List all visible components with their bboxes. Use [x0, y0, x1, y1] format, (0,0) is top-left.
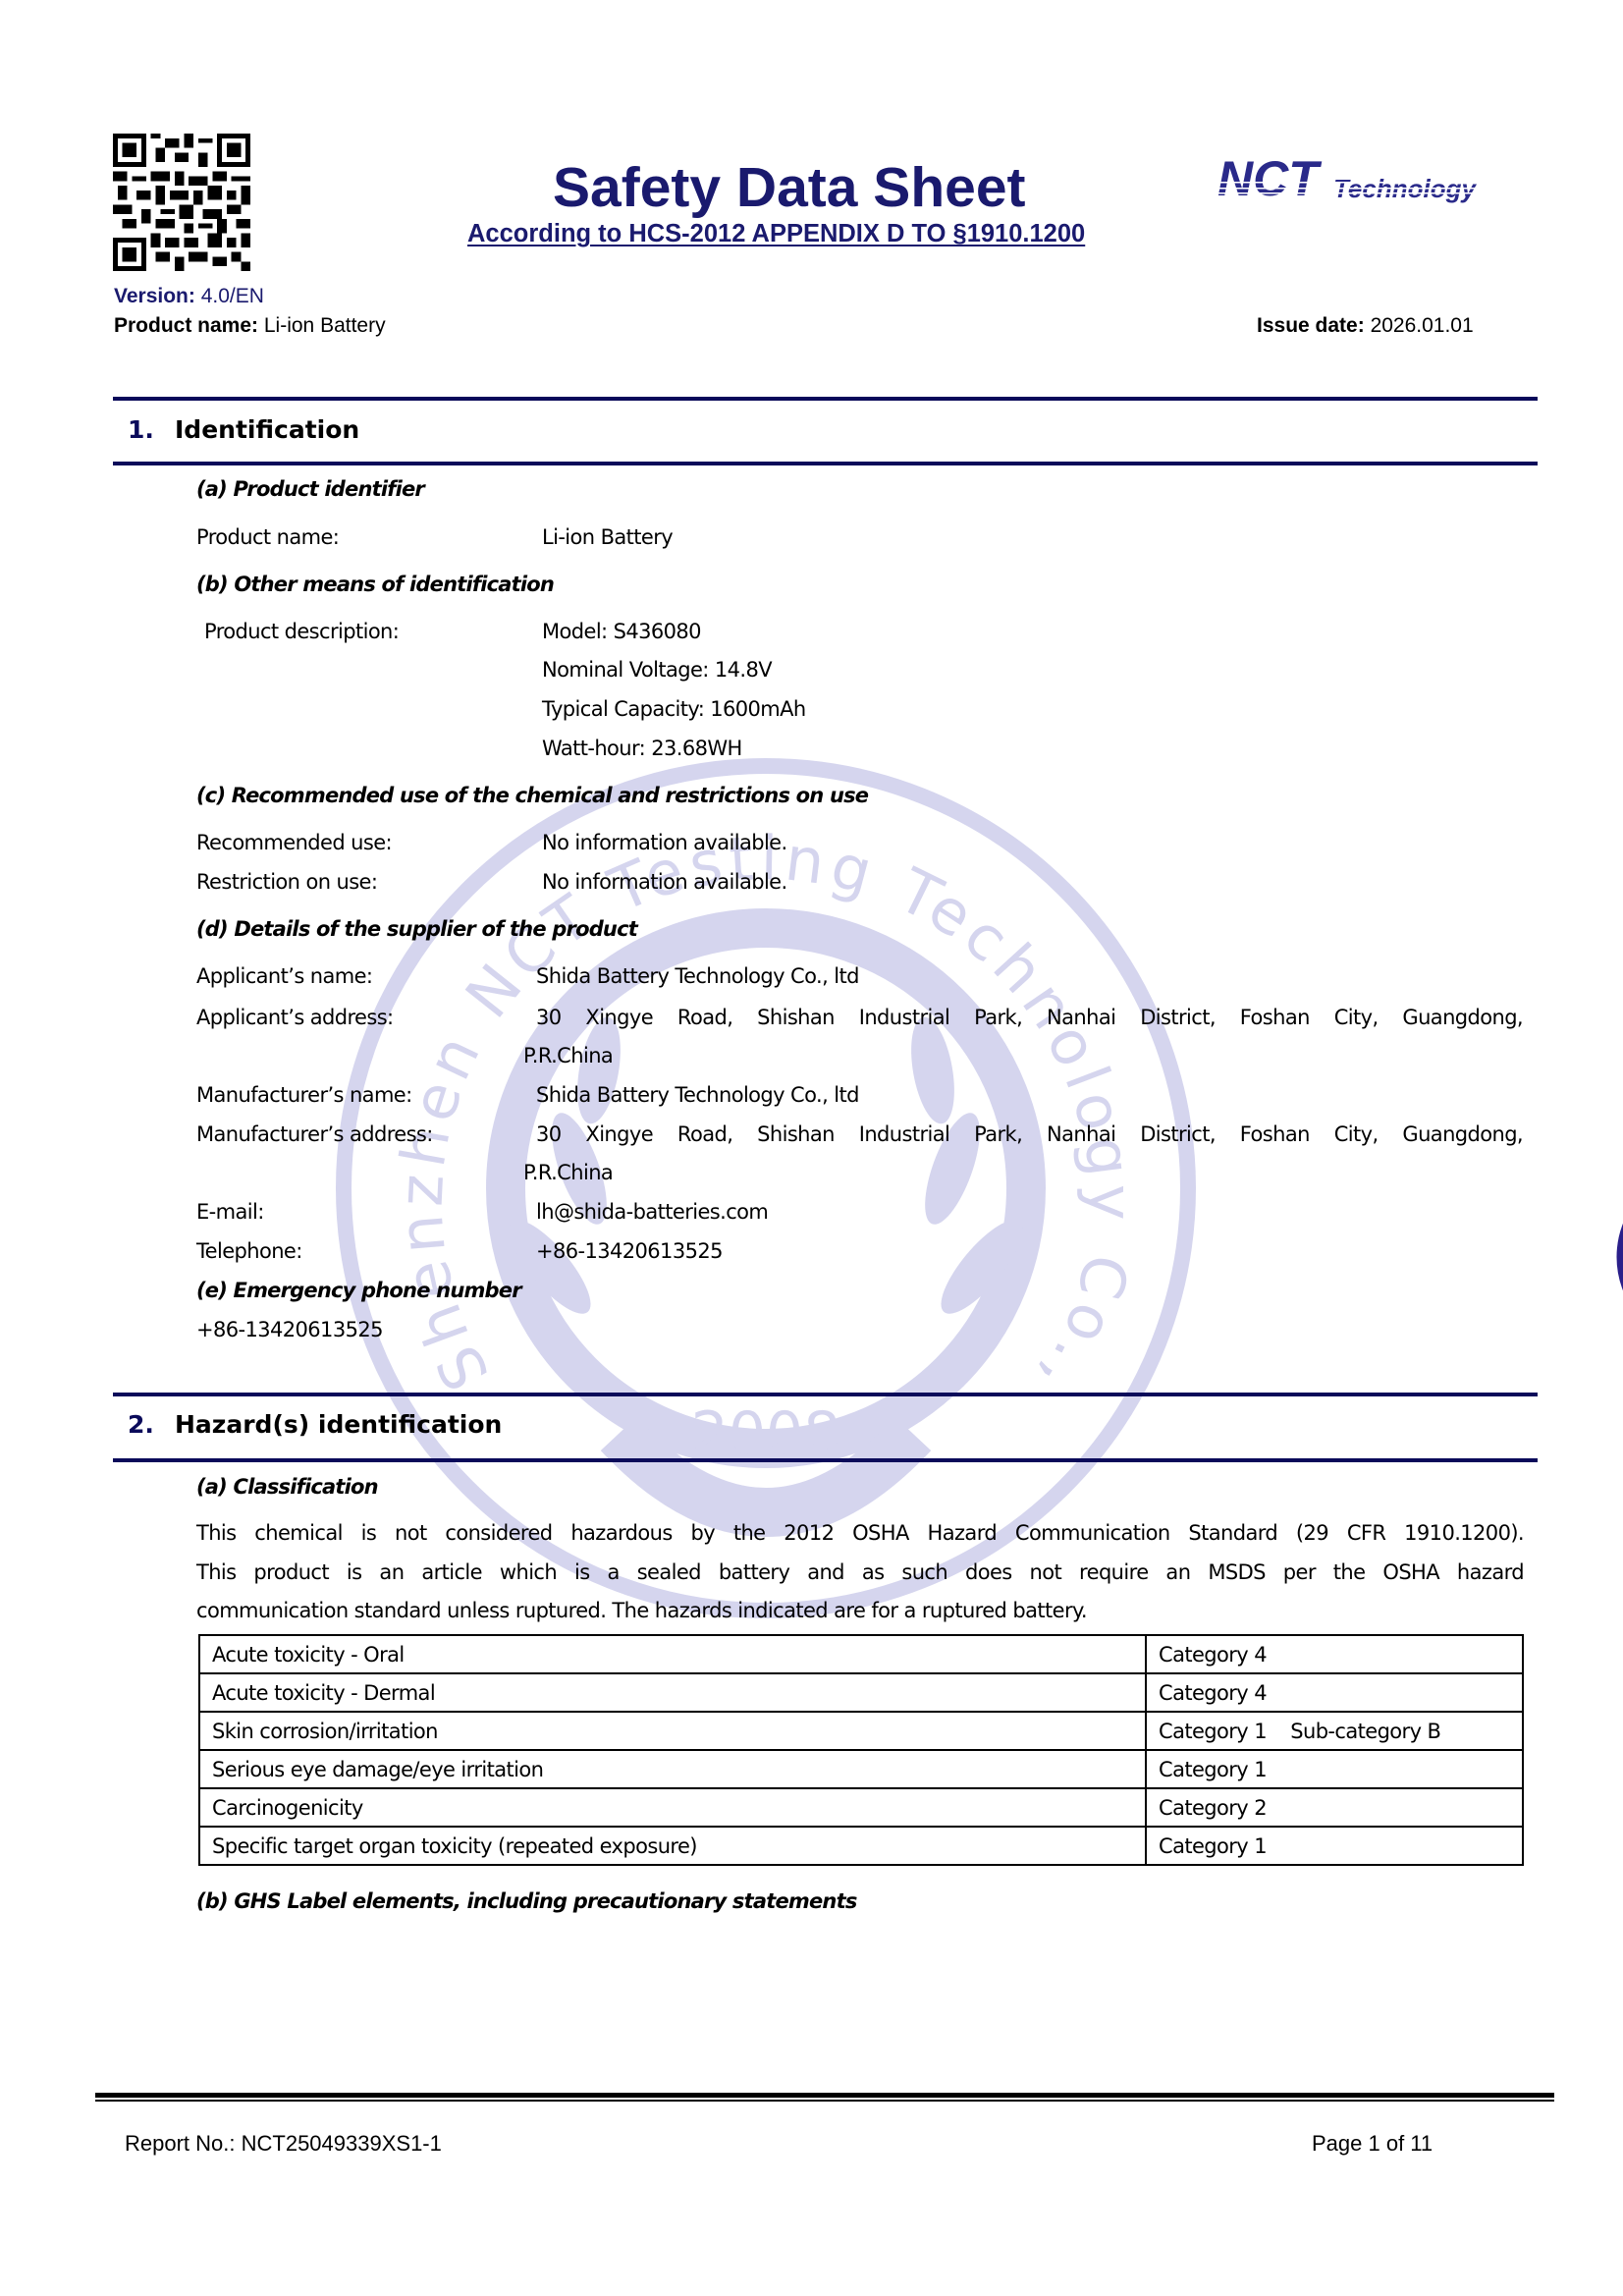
value: P.R.China [523, 1044, 613, 1067]
subheading-ghs-label: (b) GHS Label elements, including precau… [196, 1889, 857, 1913]
svg-text:NCT: NCT [1217, 152, 1323, 206]
paragraph-line: communication standard unless ruptured. … [196, 1599, 1087, 1622]
document-subtitle: According to HCS-2012 APPENDIX D TO §191… [467, 220, 1085, 248]
section-1-heading: 1.Identification [128, 415, 359, 444]
subheading-b: (b) Other means of identification [196, 573, 554, 596]
value: Watt-hour: 23.68WH [542, 737, 742, 760]
label: Recommended use: [196, 831, 392, 854]
footer-rule [95, 2100, 1554, 2102]
version-line: Version: 4.0/EN [114, 285, 264, 308]
nct-logo: NCT Technology [1217, 152, 1512, 211]
hazard-classification-table: Acute toxicity - OralCategory 4 Acute to… [198, 1634, 1524, 1866]
section-rule [113, 1393, 1538, 1396]
report-number: Report No.: NCT25049339XS1-1 [125, 2131, 442, 2157]
hazard-cell: Skin corrosion/irritation [199, 1712, 1146, 1750]
category-cell: Category 1 [1146, 1750, 1523, 1788]
section-rule [113, 1458, 1538, 1462]
footer-rule [95, 2093, 1554, 2098]
subheading-e: (e) Emergency phone number [196, 1279, 521, 1302]
stamp-seal-partial [1591, 1159, 1623, 1355]
issue-date: Issue date: 2026.01.01 [1257, 314, 1474, 338]
document-title: Safety Data Sheet [553, 155, 1026, 220]
value: No information available. [542, 870, 787, 894]
table-row: Skin corrosion/irritationCategory 1 Sub-… [199, 1712, 1523, 1750]
value: Nominal Voltage: 14.8V [542, 658, 772, 682]
subheading-classification: (a) Classification [196, 1475, 378, 1499]
page-number: Page 1 of 11 [1312, 2131, 1433, 2157]
subheading-a: (a) Product identifier [196, 477, 424, 501]
emergency-phone: +86-13420613525 [196, 1318, 383, 1341]
table-row: Acute toxicity - DermalCategory 4 [199, 1673, 1523, 1712]
table-row: Specific target organ toxicity (repeated… [199, 1827, 1523, 1865]
category-cell: Category 1 [1146, 1827, 1523, 1865]
hazard-cell: Acute toxicity - Oral [199, 1635, 1146, 1673]
value: Model: S436080 [542, 620, 701, 643]
category-cell: Category 2 [1146, 1788, 1523, 1827]
section-rule [113, 462, 1538, 465]
subheading-c: (c) Recommended use of the chemical and … [196, 784, 868, 807]
label: Telephone: [196, 1239, 302, 1263]
table-row: Acute toxicity - OralCategory 4 [199, 1635, 1523, 1673]
telephone-value: +86-13420613525 [536, 1239, 723, 1263]
label: Manufacturer’s address: [196, 1122, 433, 1146]
label: Applicant’s name: [196, 964, 372, 988]
category-cell: Category 4 [1146, 1673, 1523, 1712]
value: 30 Xingye Road, Shishan Industrial Park,… [536, 1122, 1523, 1146]
value: P.R.China [523, 1161, 613, 1184]
qr-code [113, 133, 250, 272]
value: Shida Battery Technology Co., ltd [536, 1083, 859, 1107]
label: Product description: [204, 620, 399, 643]
label: Restriction on use: [196, 870, 377, 894]
email-value: lh@shida-batteries.com [536, 1200, 768, 1224]
label: Applicant’s address: [196, 1006, 394, 1029]
value: 30 Xingye Road, Shishan Industrial Park,… [536, 1006, 1523, 1029]
value: No information available. [542, 831, 787, 854]
category-cell: Category 4 [1146, 1635, 1523, 1673]
header-product-name: Product name: Li-ion Battery [114, 314, 386, 338]
paragraph-line: This chemical is not considered hazardou… [196, 1521, 1524, 1545]
section-rule [113, 397, 1538, 401]
hazard-cell: Acute toxicity - Dermal [199, 1673, 1146, 1712]
label: Product name: [196, 525, 339, 549]
table-row: CarcinogenicityCategory 2 [199, 1788, 1523, 1827]
paragraph-line: This product is an article which is a se… [196, 1560, 1524, 1584]
subheading-d: (d) Details of the supplier of the produ… [196, 917, 637, 941]
label: E-mail: [196, 1200, 264, 1224]
category-cell: Category 1 Sub-category B [1146, 1712, 1523, 1750]
value: Shida Battery Technology Co., ltd [536, 964, 859, 988]
section-2-heading: 2.Hazard(s) identification [128, 1410, 502, 1439]
hazard-cell: Serious eye damage/eye irritation [199, 1750, 1146, 1788]
hazard-cell: Specific target organ toxicity (repeated… [199, 1827, 1146, 1865]
hazard-cell: Carcinogenicity [199, 1788, 1146, 1827]
value: Typical Capacity: 1600mAh [542, 697, 806, 721]
value: Li-ion Battery [542, 525, 673, 549]
label: Manufacturer’s name: [196, 1083, 412, 1107]
table-row: Serious eye damage/eye irritationCategor… [199, 1750, 1523, 1788]
